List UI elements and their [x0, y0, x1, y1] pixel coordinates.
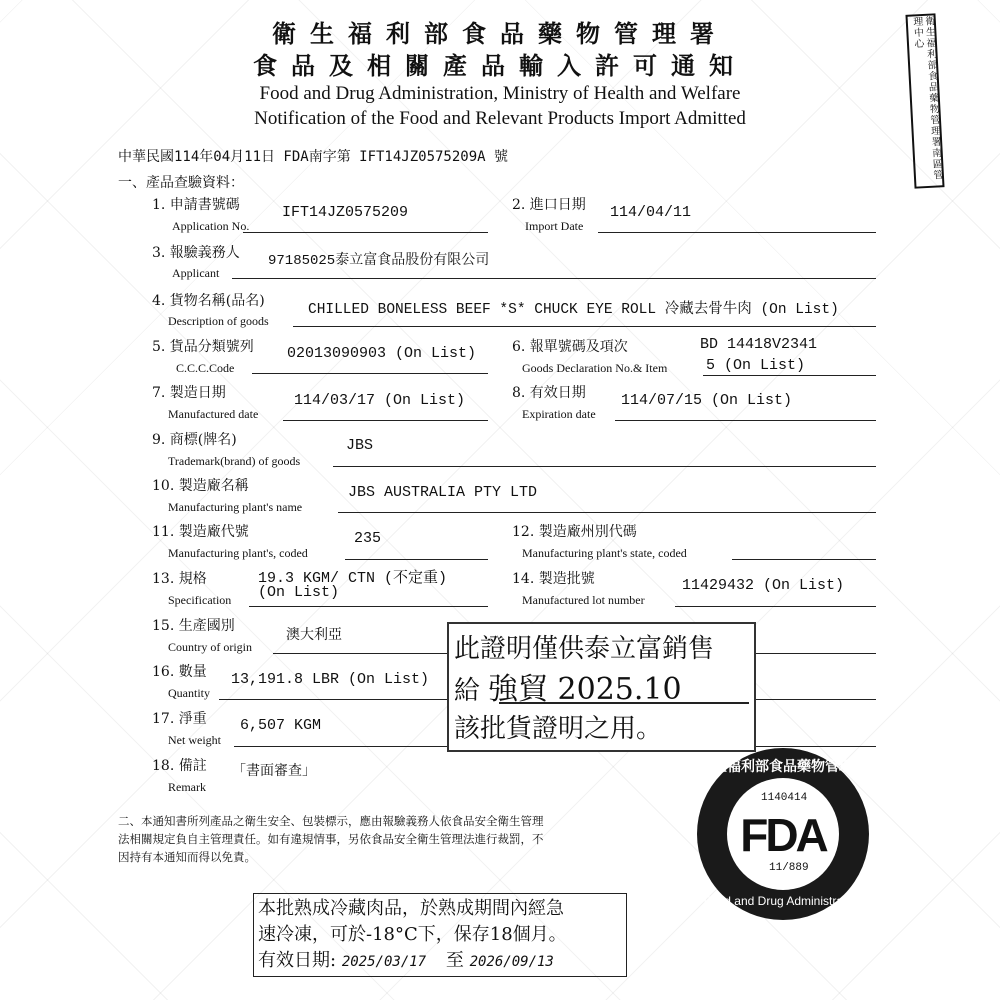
seal-number-1: 1140414 [761, 792, 807, 804]
field-5-label-zh: 5. 貨品分類號列 [152, 336, 254, 356]
field-4-label-zh: 4. 貨物名稱(品名) [152, 290, 265, 310]
title-zh-2: 食品及相關產品輸入許可通知 [0, 46, 1000, 81]
field-13-value-2: (On List) [258, 584, 339, 601]
storage-to-date: 2026/09/13 [470, 954, 554, 970]
field-4-label-en: Description of goods [168, 314, 269, 329]
field-9-label-zh: 9. 商標(牌名) [152, 429, 237, 449]
field-18-value: 「書面審查」 [232, 760, 316, 780]
field-3-label-en: Applicant [172, 266, 219, 281]
field-2-label-en: Import Date [525, 219, 583, 234]
title-en-2: Notification of the Food and Relevant Pr… [0, 108, 1000, 130]
storage-note-box: 本批熟成冷藏肉品，於熟成期間內經急 速冷凍，可於-18°C下，保存18個月。 有… [253, 893, 627, 977]
field-11-label-en: Manufacturing plant's, coded [168, 546, 308, 561]
field-16-label-en: Quantity [168, 686, 210, 701]
field-14-value: 11429432 (On List) [682, 577, 844, 594]
field-17-label-en: Net weight [168, 733, 221, 748]
field-7-label-en: Manufactured date [168, 407, 258, 422]
field-16-label-zh: 16. 數量 [152, 661, 207, 681]
field-10-value: JBS AUSTRALIA PTY LTD [348, 484, 537, 501]
field-6-value-1: BD 14418V2341 [700, 336, 817, 353]
field-7-value: 114/03/17 (On List) [294, 392, 465, 409]
section-2-text: 二、本通知書所列產品之衛生安全、包裝標示，應由報驗義務人依食品安全衛生管理 法相… [118, 812, 678, 866]
section-1-title: 一、產品查驗資料： [118, 172, 244, 192]
storage-note-line-1: 本批熟成冷藏肉品，於熟成期間內經急 [258, 896, 622, 922]
title-en-1: Food and Drug Administration, Ministry o… [0, 83, 1000, 105]
field-14-label-en: Manufactured lot number [522, 593, 645, 608]
field-12-label-zh: 12. 製造廠州別代碼 [512, 521, 637, 541]
field-4-value: CHILLED BONELESS BEEF *S* CHUCK EYE ROLL… [308, 297, 839, 318]
stamp-line-3: 該批貨證明之用。 [454, 708, 662, 745]
fda-logo: FDA [727, 808, 839, 862]
field-10-label-en: Manufacturing plant's name [168, 500, 302, 515]
field-7-label-zh: 7. 製造日期 [152, 382, 226, 402]
field-9-value: JBS [346, 437, 373, 454]
seal-ring-bottom-text: Food and Drug Administration [697, 894, 869, 908]
stamp-line-1: 此證明僅供泰立富銷售 [454, 628, 714, 665]
field-13-label-zh: 13. 規格 [152, 568, 207, 588]
field-6-label-zh: 6. 報單號碼及項次 [512, 336, 628, 356]
field-5-label-en: C.C.C.Code [176, 361, 234, 376]
field-3-value: 97185025泰立富食品股份有限公司 [268, 249, 489, 269]
field-18-label-en: Remark [168, 780, 206, 795]
field-6-label-en: Goods Declaration No.& Item [522, 361, 667, 376]
title-zh-1: 衛生福利部食品藥物管理署 [0, 14, 1000, 49]
field-1-value: IFT14JZ0575209 [282, 204, 408, 221]
seal-number-2: 11/889 [769, 862, 809, 874]
storage-from-date: 2025/03/17 [342, 954, 426, 970]
field-8-label-en: Expiration date [522, 407, 596, 422]
field-11-value: 235 [354, 530, 381, 547]
field-15-label-en: Country of origin [168, 640, 252, 655]
field-6-value-2: 5 (On List) [706, 357, 805, 374]
field-18-label-zh: 18. 備註 [152, 755, 207, 775]
field-13-label-en: Specification [168, 593, 231, 608]
field-3-label-zh: 3. 報驗義務人 [152, 242, 240, 262]
certification-stamp: 此證明僅供泰立富銷售 給強貿 2025.10 該批貨證明之用。 [447, 622, 756, 752]
reference-line: 中華民國114年04月11日 FDA南字第 IFT14JZ0575209A 號 [118, 146, 508, 166]
field-14-label-zh: 14. 製造批號 [512, 568, 595, 588]
field-2-label-zh: 2. 進口日期 [512, 194, 586, 214]
field-9-label-en: Trademark(brand) of goods [168, 454, 300, 469]
field-5-value: 02013090903 (On List) [287, 345, 476, 362]
field-8-label-zh: 8. 有效日期 [512, 382, 586, 402]
seal-ring-top-text: 衛生福利部食品藥物管理署 [697, 756, 869, 776]
fda-seal: 衛生福利部食品藥物管理署 1140414 FDA 11/889 Food and… [697, 748, 869, 920]
field-12-label-en: Manufacturing plant's state, coded [522, 546, 687, 561]
field-1-label-en: Application No. [172, 219, 249, 234]
field-1-label-zh: 1. 申請書號碼 [152, 194, 240, 214]
field-10-label-zh: 10. 製造廠名稱 [152, 475, 249, 495]
field-17-label-zh: 17. 淨重 [152, 708, 207, 728]
field-17-value: 6,507 KGM [240, 717, 321, 734]
field-8-value: 114/07/15 (On List) [621, 392, 792, 409]
storage-note-line-2: 速冷凍，可於-18°C下，保存18個月。 [258, 922, 622, 948]
storage-note-line-3: 有效日期: 2025/03/17 至 2026/09/13 [258, 948, 622, 975]
field-16-value: 13,191.8 LBR (On List) [231, 671, 429, 688]
field-15-label-zh: 15. 生產國別 [152, 615, 235, 635]
field-15-value: 澳大利亞 [286, 624, 342, 644]
field-11-label-zh: 11. 製造廠代號 [152, 521, 249, 541]
field-2-value: 114/04/11 [610, 204, 691, 221]
